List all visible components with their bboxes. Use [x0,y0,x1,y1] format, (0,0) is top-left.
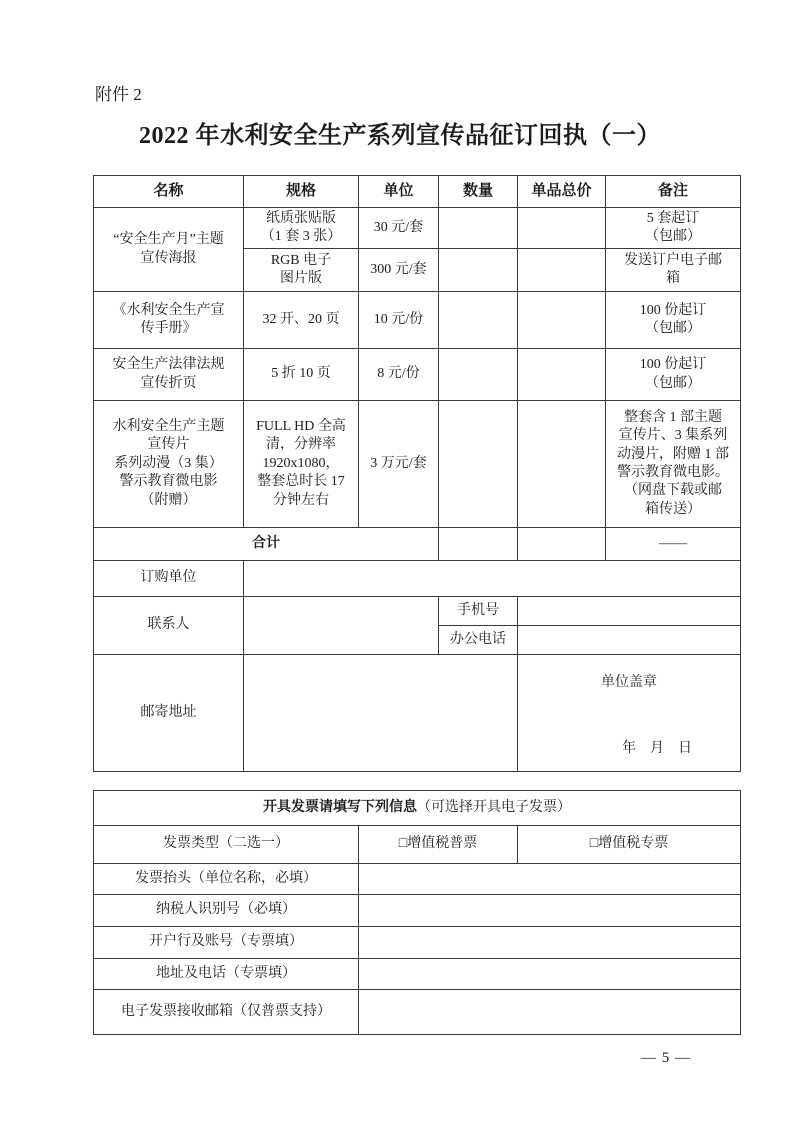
product-name-cell: 《水利安全生产宣 传手册》 [94,292,244,349]
invoice-type-option-label: 增值税普票 [407,836,477,851]
unit-price-cell: 300 元/套 [359,249,439,292]
product-name-cell: 安全生产法律法规 宣传折页 [94,349,244,401]
mobile-label: 手机号 [439,597,518,626]
total-remark-cell: —— [606,528,741,561]
order-table: 名称 规格 单位 数量 单品总价 备注 “安全生产月”主题 宣传海报 纸质张贴版… [93,175,741,772]
invoice-type-option-special[interactable]: □增值税专票 [518,826,741,864]
header-row: 名称 规格 单位 数量 单品总价 备注 [94,176,741,208]
invoice-field-row: 纳税人识别号（必填） [94,895,741,927]
invoice-field-label: 发票抬头（单位名称，必填） [94,864,359,895]
item-total-input-cell[interactable] [518,249,606,292]
col-header-item-total: 单品总价 [518,176,606,208]
attachment-label: 附件 2 [95,80,142,105]
mailing-address-input-cell[interactable] [244,655,518,772]
invoice-type-row: 发票类型（二选一） □增值税普票 □增值税专票 [94,826,741,864]
table-row: “安全生产月”主题 宣传海报 纸质张贴版 （1 套 3 张） 30 元/套 5 … [94,208,741,249]
invoice-field-row: 开户行及账号（专票填） [94,927,741,959]
table-row: 《水利安全生产宣 传手册》 32 开、20 页 10 元/份 100 份起订 （… [94,292,741,349]
mailing-address-label: 邮寄地址 [94,655,244,772]
item-total-input-cell[interactable] [518,208,606,249]
spec-cell: 32 开、20 页 [244,292,359,349]
spec-cell: 纸质张贴版 （1 套 3 张） [244,208,359,249]
unit-price-cell: 30 元/套 [359,208,439,249]
ordering-unit-row: 订购单位 [94,561,741,597]
contact-row: 联系人 手机号 [94,597,741,626]
invoice-section-title-note: （可选择开具电子发票） [417,800,571,815]
unit-price-cell: 8 元/份 [359,349,439,401]
item-total-input-cell[interactable] [518,401,606,528]
invoice-type-label: 发票类型（二选一） [94,826,359,864]
col-header-remark: 备注 [606,176,741,208]
invoice-field-input-cell[interactable] [359,864,741,895]
col-header-quantity: 数量 [439,176,518,208]
invoice-field-input-cell[interactable] [359,895,741,927]
invoice-section-title-row: 开具发票请填写下列信息（可选择开具电子发票） [94,791,741,826]
remark-cell: 100 份起订 （包邮） [606,349,741,401]
invoice-type-option-label: 增值税专票 [598,836,668,851]
remark-cell: 5 套起订 （包邮） [606,208,741,249]
unit-price-cell: 10 元/份 [359,292,439,349]
spec-cell: RGB 电子 图片版 [244,249,359,292]
unit-seal-label: 单位盖章 [521,674,737,692]
quantity-input-cell[interactable] [439,349,518,401]
checkbox-icon[interactable]: □ [399,836,407,851]
quantity-input-cell[interactable] [439,401,518,528]
remark-cell: 整套含 1 部主题 宣传片、3 集系列 动漫片，附赠 1 部 警示教育微电影。 … [606,401,741,528]
product-name-cell: 水利安全生产主题 宣传片 系列动漫（3 集） 警示教育微电影 （附赠） [94,401,244,528]
page-number: — 5 — [626,1050,706,1067]
invoice-type-option-general[interactable]: □增值税普票 [359,826,518,864]
total-label-cell: 合计 [94,528,439,561]
table-row: 安全生产法律法规 宣传折页 5 折 10 页 8 元/份 100 份起订 （包邮… [94,349,741,401]
total-quantity-input-cell[interactable] [439,528,518,561]
ordering-unit-label: 订购单位 [94,561,244,597]
office-phone-label: 办公电话 [439,626,518,655]
invoice-field-label: 开户行及账号（专票填） [94,927,359,959]
contact-label: 联系人 [94,597,244,655]
item-total-input-cell[interactable] [518,349,606,401]
table-row: 水利安全生产主题 宣传片 系列动漫（3 集） 警示教育微电影 （附赠） FULL… [94,401,741,528]
quantity-input-cell[interactable] [439,208,518,249]
remark-cell: 发送订户电子邮 箱 [606,249,741,292]
office-phone-input-cell[interactable] [518,626,741,655]
invoice-field-row: 地址及电话（专票填） [94,959,741,990]
quantity-input-cell[interactable] [439,292,518,349]
quantity-input-cell[interactable] [439,249,518,292]
total-price-input-cell[interactable] [518,528,606,561]
product-name-cell: “安全生产月”主题 宣传海报 [94,208,244,292]
mailing-address-row: 邮寄地址 单位盖章年 月 日 [94,655,741,772]
col-header-unit-price: 单位 [359,176,439,208]
spec-cell: FULL HD 全高 清，分辨率 1920x1080， 整套总时长 17 分钟左… [244,401,359,528]
ordering-unit-input-cell[interactable] [244,561,741,597]
total-row: 合计 —— [94,528,741,561]
date-label: 年 月 日 [521,740,737,758]
unit-price-cell: 3 万元/套 [359,401,439,528]
invoice-field-label: 地址及电话（专票填） [94,959,359,990]
mobile-input-cell[interactable] [518,597,741,626]
col-header-name: 名称 [94,176,244,208]
invoice-section-title: 开具发票请填写下列信息（可选择开具电子发票） [94,791,741,826]
remark-cell: 100 份起订 （包邮） [606,292,741,349]
seal-cell: 单位盖章年 月 日 [518,655,741,772]
invoice-field-row: 发票抬头（单位名称，必填） [94,864,741,895]
invoice-field-row: 电子发票接收邮箱（仅普票支持） [94,990,741,1035]
invoice-field-input-cell[interactable] [359,990,741,1035]
invoice-section-title-main: 开具发票请填写下列信息 [263,800,417,815]
page-title: 2022 年水利安全生产系列宣传品征订回执（一） [0,115,800,150]
document-page: 附件 2 2022 年水利安全生产系列宣传品征订回执（一） 名称 规格 单位 数… [0,0,800,1131]
invoice-field-input-cell[interactable] [359,959,741,990]
spec-cell: 5 折 10 页 [244,349,359,401]
invoice-field-input-cell[interactable] [359,927,741,959]
col-header-spec: 规格 [244,176,359,208]
invoice-field-label: 电子发票接收邮箱（仅普票支持） [94,990,359,1035]
invoice-field-label: 纳税人识别号（必填） [94,895,359,927]
contact-name-input-cell[interactable] [244,597,439,655]
checkbox-icon[interactable]: □ [590,836,598,851]
item-total-input-cell[interactable] [518,292,606,349]
invoice-table: 开具发票请填写下列信息（可选择开具电子发票） 发票类型（二选一） □增值税普票 … [93,790,741,1035]
